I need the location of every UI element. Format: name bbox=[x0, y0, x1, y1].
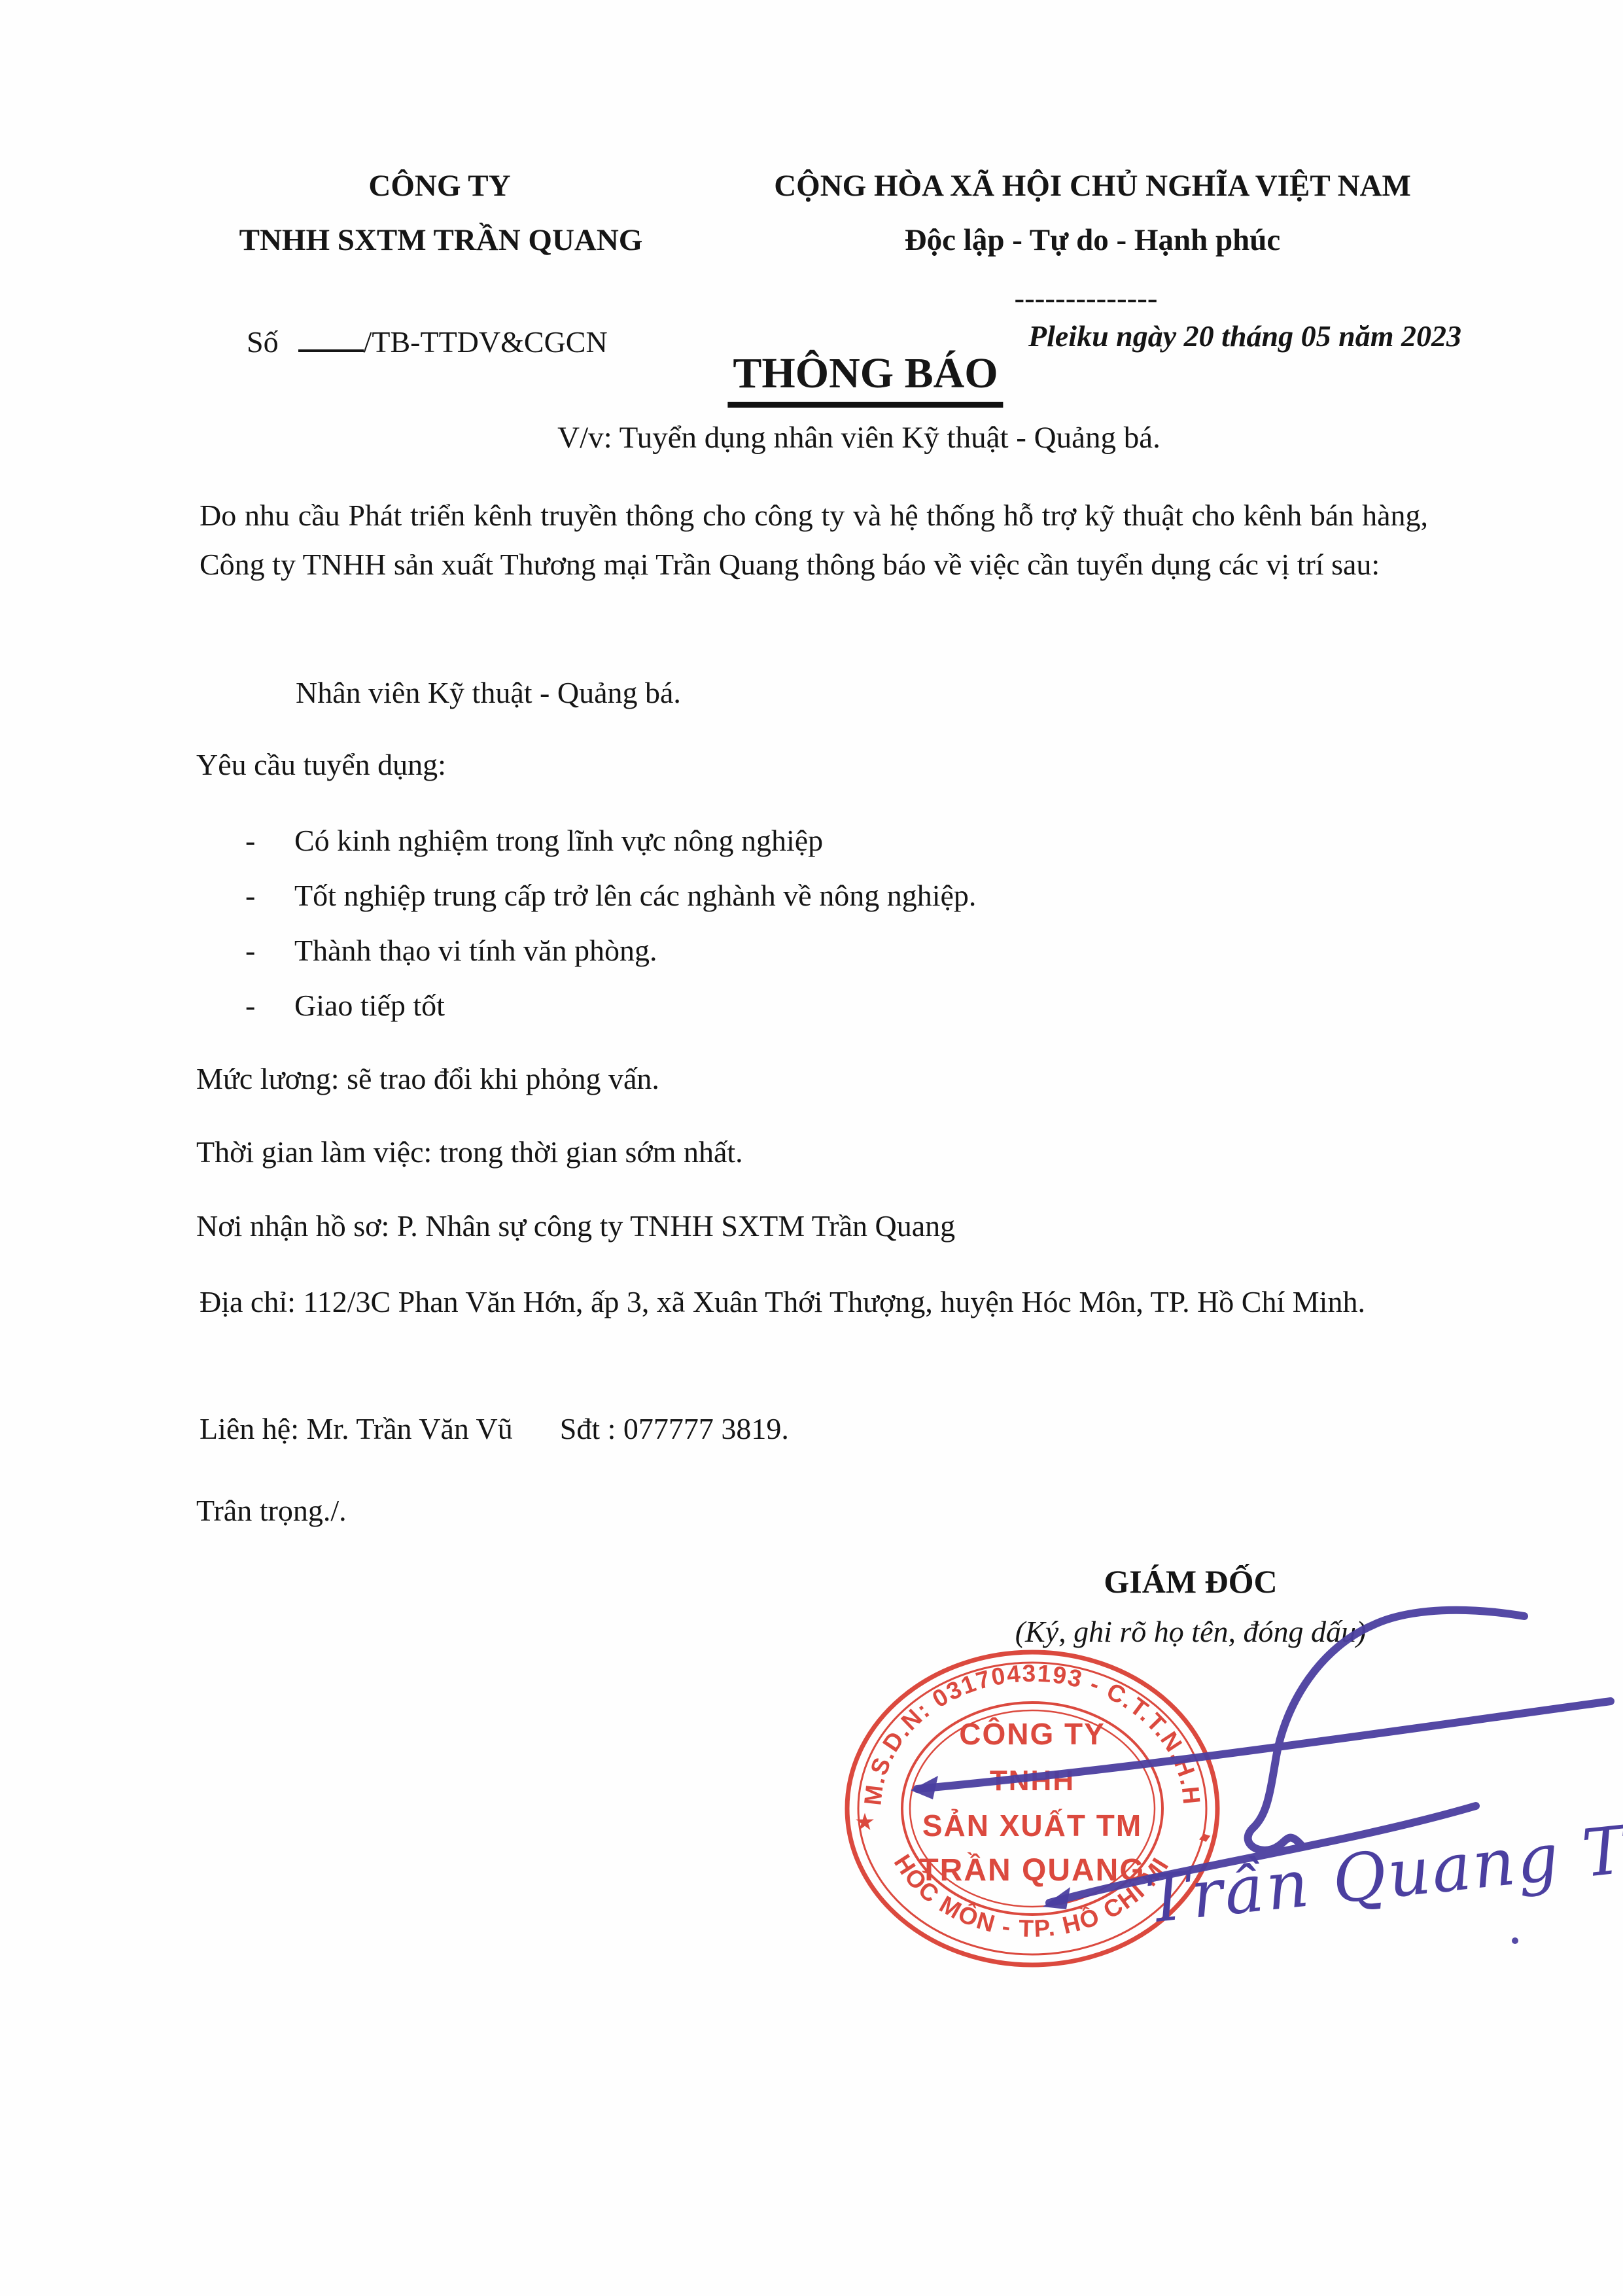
doc-number-suffix: /TB-TTDV&CGCN bbox=[364, 325, 608, 359]
requirements-list: -Có kinh nghiệm trong lĩnh vực nông nghi… bbox=[245, 813, 976, 1033]
contact-line: Liên hệ: Mr. Trần Văn VũSđt : 077777 381… bbox=[200, 1414, 789, 1444]
worktime-line: Thời gian làm việc: trong thời gian sớm … bbox=[196, 1137, 743, 1167]
ink-dot bbox=[1512, 1937, 1518, 1944]
requirement-text: Tốt nghiệp trung cấp trở lên các nghành … bbox=[294, 879, 976, 912]
bullet-marker: - bbox=[245, 923, 294, 978]
scanned-announcement-document: CÔNG TY TNHH SXTM TRẦN QUANG CỘNG HÒA XÃ… bbox=[0, 0, 1623, 2296]
closing-line: Trân trọng./. bbox=[196, 1496, 347, 1526]
position-line: Nhân viên Kỹ thuật - Quảng bá. bbox=[296, 678, 681, 708]
signature-upper-stroke bbox=[917, 1701, 1611, 1789]
salary-line: Mức lương: sẽ trao đổi khi phỏng vấn. bbox=[196, 1064, 659, 1094]
bullet-marker: - bbox=[245, 978, 294, 1033]
company-name-line1: CÔNG TY bbox=[368, 171, 510, 202]
handwritten-signature-strokes bbox=[818, 1570, 1623, 2041]
doc-number-line: Số/TB-TTDV&CGCN bbox=[247, 321, 608, 357]
place-date-line: Pleiku ngày 20 tháng 05 năm 2023 bbox=[1028, 321, 1461, 351]
contact-name: Liên hệ: Mr. Trần Văn Vũ bbox=[200, 1412, 513, 1445]
requirement-text: Thành thạo vi tính văn phòng. bbox=[294, 934, 657, 967]
motto-divider: -------------- bbox=[1014, 283, 1157, 314]
doc-number-blank bbox=[298, 321, 364, 352]
address-line: Địa chỉ: 112/3C Phan Văn Hớn, ấp 3, xã X… bbox=[200, 1276, 1428, 1328]
bullet-marker: - bbox=[245, 868, 294, 923]
bullet-marker: - bbox=[245, 813, 294, 868]
requirement-text: Giao tiếp tốt bbox=[294, 989, 445, 1022]
requirements-heading: Yêu cầu tuyển dụng: bbox=[196, 750, 446, 780]
list-item: -Có kinh nghiệm trong lĩnh vực nông nghi… bbox=[245, 813, 976, 868]
document-title: THÔNG BÁO bbox=[727, 352, 1003, 408]
intro-paragraph: Do nhu cầu Phát triển kênh truyền thông … bbox=[200, 491, 1428, 589]
contact-phone: Sđt : 077777 3819. bbox=[560, 1412, 789, 1445]
company-name-line2: TNHH SXTM TRẦN QUANG bbox=[239, 225, 643, 256]
signature-arrowhead-lower bbox=[1043, 1887, 1070, 1909]
national-motto: Độc lập - Tự do - Hạnh phúc bbox=[905, 225, 1281, 256]
doc-number-prefix: Số bbox=[247, 325, 279, 359]
list-item: -Tốt nghiệp trung cấp trở lên các nghành… bbox=[245, 868, 976, 923]
requirement-text: Có kinh nghiệm trong lĩnh vực nông nghiệ… bbox=[294, 824, 823, 857]
document-subject: V/v: Tuyển dụng nhân viên Kỹ thuật - Quả… bbox=[557, 423, 1161, 453]
list-item: -Thành thạo vi tính văn phòng. bbox=[245, 923, 976, 978]
national-title: CỘNG HÒA XÃ HỘI CHỦ NGHĨA VIỆT NAM bbox=[774, 171, 1411, 202]
apply-line: Nơi nhận hồ sơ: P. Nhân sự công ty TNHH … bbox=[196, 1211, 955, 1241]
list-item: -Giao tiếp tốt bbox=[245, 978, 976, 1033]
